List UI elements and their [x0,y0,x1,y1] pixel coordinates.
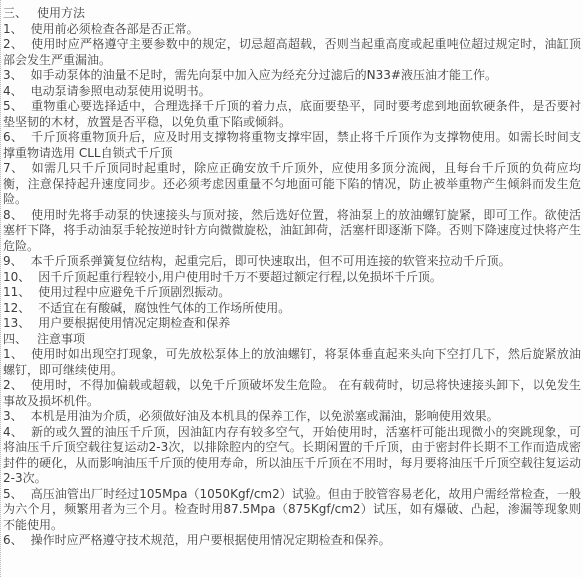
item-text: 本机是用油为介质，必须做好油及本机具的保养工作，以免淤塞或漏油，影响使用效果。 [31,409,499,423]
item-number: 6、 [3,533,23,547]
item-number: 13、 [3,316,30,330]
item-text: 千斤顶将重物顶升后，应及时用支撑物将重物支撑牢固，禁止将千斤顶作为支撑物使用。如… [3,130,581,160]
list-item: 5、重物重心要选择适中，合理选择千斤顶的着力点，底面要垫平，同时要考虑到地面软硬… [3,99,581,130]
item-text: 如需几只千斤顶同时起重时，除应正确安放千斤顶外，应使用多顶分流阀，且每台千斤顶的… [3,161,581,206]
item-number: 5、 [3,99,23,113]
item-text: 如手动泵体的油量不足时，需先向泵中加入应为经充分过滤后的N33#液压油才能工作。 [31,68,497,82]
item-number: 11、 [3,285,30,299]
item-text: 使用过程中应避免千斤顶剧烈振动。 [38,285,230,299]
item-text: 重物重心要选择适中，合理选择千斤顶的着力点，底面要垫平，同时要考虑到地面软硬条件… [3,99,581,129]
list-item: 6、操作时应严格遵守技术规范，用户要根据使用情况定期检查和保养。 [3,533,581,549]
section-number: 四、 [3,332,27,346]
item-text: 使用时，不得加偏载或超载，以免千斤顶破坏发生危险。 在有载荷时，切忌将快速接头卸… [3,378,581,408]
section-heading: 三、使用方法 [3,6,581,22]
list-item: 12、不适宜在有酸碱，腐蚀性气体的工作场所使用。 [3,301,581,317]
item-text: 使用时应严格遵守主要参数中的规定，切忌超高超载，否则当起重高度或起重吨位超过规定… [3,37,581,67]
item-text: 不适宜在有酸碱，腐蚀性气体的工作场所使用。 [38,301,290,315]
item-number: 9、 [3,254,23,268]
item-number: 12、 [3,301,30,315]
section-title: 使用方法 [37,6,85,20]
manual-page: 三、使用方法1、使用前必须检查各部是否正常。2、使用时应严格遵守主要参数中的规定… [0,0,583,577]
item-number: 5、 [3,487,23,501]
list-item: 4、电动泵请参照电动泵使用说明书。 [3,84,581,100]
section-heading: 四、注意事项 [3,332,581,348]
item-number: 1、 [3,347,23,361]
item-number: 3、 [3,68,23,82]
document-body: 三、使用方法1、使用前必须检查各部是否正常。2、使用时应严格遵守主要参数中的规定… [3,6,581,549]
item-text: 操作时应严格遵守技术规范，用户要根据使用情况定期检查和保养。 [31,533,391,547]
item-text: 因千斤顶起重行程较小,用户使用时千万不要超过额定行程,以免损坏千斤顶。 [38,270,442,284]
list-item: 4、新的或久置的油压千斤顶，因油缸内存有较多空气，开始使用时，活塞杆可能出现微小… [3,425,581,487]
list-item: 1、使用前必须检查各部是否正常。 [3,22,581,38]
list-item: 11、使用过程中应避免千斤顶剧烈振动。 [3,285,581,301]
list-item: 13、用户要根据使用情况定期检查和保养 [3,316,581,332]
list-item: 7、如需几只千斤顶同时起重时，除应正确安放千斤顶外，应使用多顶分流阀，且每台千斤… [3,161,581,208]
list-item: 9、本千斤顶系弹簧复位结构，起重完后，即可快速取出，但不可用连接的软管来拉动千斤… [3,254,581,270]
list-item: 1、使用时如出现空打现象，可先放松泵体上的放油螺钉，将泵体垂直起来头向下空打几下… [3,347,581,378]
item-number: 4、 [3,425,23,439]
item-number: 4、 [3,84,23,98]
item-text: 使用时如出现空打现象，可先放松泵体上的放油螺钉，将泵体垂直起来头向下空打几下，然… [3,347,581,377]
item-number: 3、 [3,409,23,423]
item-text: 本千斤顶系弹簧复位结构，起重完后，即可快速取出，但不可用连接的软管来拉动千斤顶。 [31,254,511,268]
section-number: 三、 [3,6,27,20]
item-text: 用户要根据使用情况定期检查和保养 [38,316,230,330]
list-item: 3、如手动泵体的油量不足时，需先向泵中加入应为经充分过滤后的N33#液压油才能工… [3,68,581,84]
item-text: 新的或久置的油压千斤顶，因油缸内存有较多空气，开始使用时，活塞杆可能出现微小的突… [3,425,581,486]
item-number: 6、 [3,130,23,144]
item-number: 2、 [3,378,23,392]
list-item: 5、高压油管出厂时经过105Mpa（1050Kgf/cm2）试验。但由于胶管容易… [3,487,581,534]
item-text: 使用时先将手动泵的快速接头与顶对接，然后选好位置，将油泵上的放油螺钉旋紧，即可工… [3,208,581,253]
item-number: 7、 [3,161,24,175]
list-item: 2、使用时，不得加偏载或超载，以免千斤顶破坏发生危险。 在有载荷时，切忌将快速接… [3,378,581,409]
item-text: 高压油管出厂时经过105Mpa（1050Kgf/cm2）试验。但由于胶管容易老化… [3,487,581,532]
list-item: 8、使用时先将手动泵的快速接头与顶对接，然后选好位置，将油泵上的放油螺钉旋紧，即… [3,208,581,255]
item-text: 电动泵请参照电动泵使用说明书。 [31,84,211,98]
section-title: 注意事项 [37,332,85,346]
item-text: 使用前必须检查各部是否正常。 [31,22,199,36]
item-number: 10、 [3,270,30,284]
list-item: 3、本机是用油为介质，必须做好油及本机具的保养工作，以免淤塞或漏油，影响使用效果… [3,409,581,425]
item-number: 8、 [3,208,23,222]
list-item: 10、因千斤顶起重行程较小,用户使用时千万不要超过额定行程,以免损坏千斤顶。 [3,270,581,286]
item-number: 1、 [3,22,23,36]
item-number: 2、 [3,37,23,51]
list-item: 6、千斤顶将重物顶升后，应及时用支撑物将重物支撑牢固，禁止将千斤顶作为支撑物使用… [3,130,581,161]
list-item: 2、使用时应严格遵守主要参数中的规定，切忌超高超载，否则当起重高度或起重吨位超过… [3,37,581,68]
